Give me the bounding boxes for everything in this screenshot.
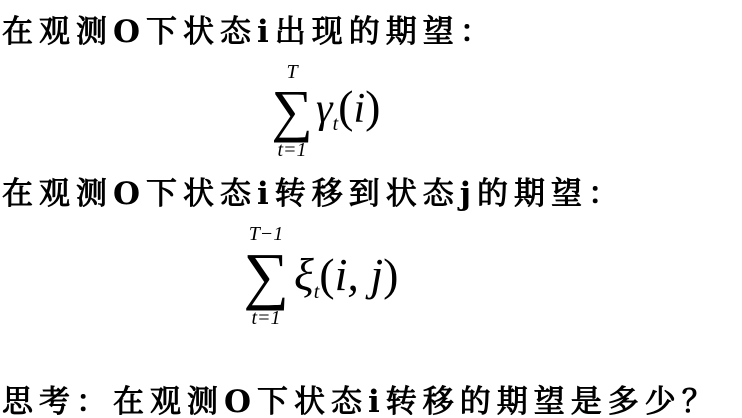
text-line-question: 思考：在观测O下状态i转移的期望是多少？ (2, 376, 719, 418)
text-line-state-occurrence: 在观测O下状态i出现的期望： (2, 6, 497, 51)
summation: T ∑ t=1 (270, 62, 314, 160)
xi-args: i, j (335, 249, 384, 300)
sigma-icon: ∑ (270, 82, 314, 140)
gamma-term: γt(i) (316, 80, 380, 136)
close-paren: ) (365, 81, 380, 132)
sum-lower-limit: t=1 (270, 140, 314, 160)
gamma-args: i (353, 86, 365, 132)
gamma-symbol: γ (316, 86, 333, 132)
sum-lower-limit: t=1 (238, 308, 294, 328)
summation: T−1 ∑ t=1 (238, 224, 294, 328)
sigma-icon: ∑ (238, 244, 294, 308)
xi-term: ξt(i, j) (294, 248, 398, 304)
xi-symbol: ξ (294, 249, 314, 300)
open-paren: ( (319, 249, 334, 300)
formula-gamma-sum: T ∑ t=1 γt(i) (262, 62, 402, 162)
text-line-transition: 在观测O下状态i转移到状态j的期望： (2, 168, 625, 213)
formula-xi-sum: T−1 ∑ t=1 ξt(i, j) (236, 224, 426, 340)
close-paren: ) (383, 249, 398, 300)
open-paren: ( (338, 81, 353, 132)
